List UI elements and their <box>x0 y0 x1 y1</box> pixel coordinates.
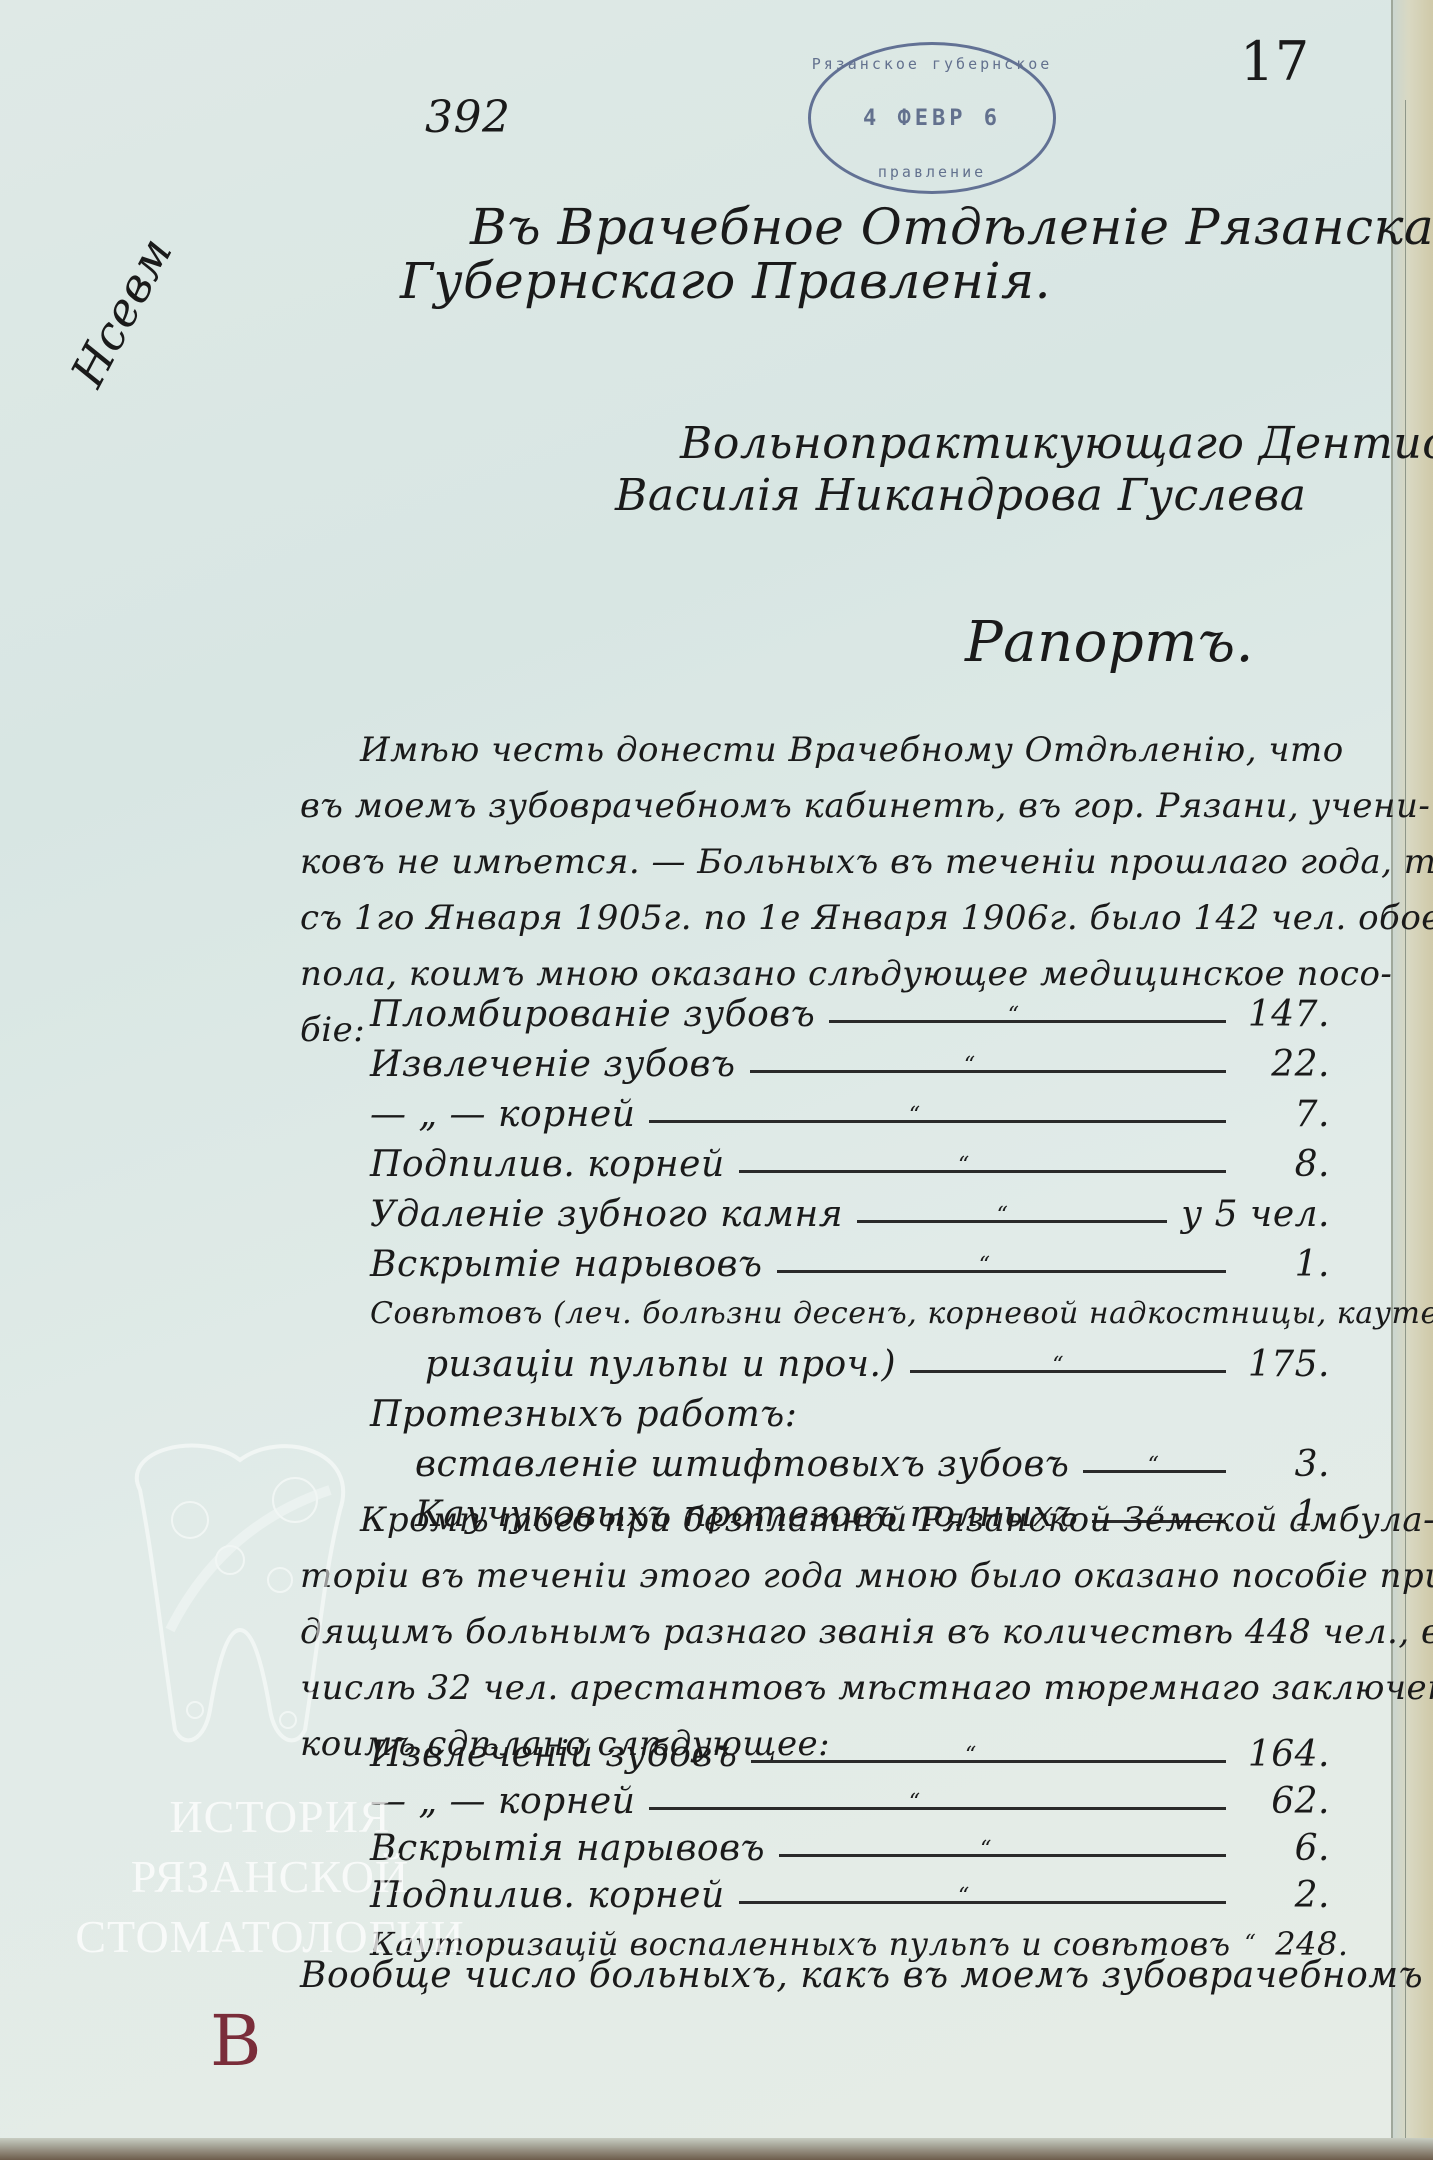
item-value: 164. <box>1240 1734 1330 1775</box>
list-item: Извлеченій зубовъ 164. <box>370 1725 1330 1775</box>
item-label: Извлеченій зубовъ <box>370 1734 737 1775</box>
addressee-line-1: Въ Врачебное Отдѣленіе Рязанскаго <box>470 198 1433 256</box>
office-stamp: Рязанское губернское 4 ФЕВР 6 правление <box>808 42 1056 194</box>
list-item: — „ — корней 62. <box>370 1772 1330 1822</box>
item-label: вставленіе штифтовыхъ зубовъ <box>415 1444 1069 1485</box>
bottom-strip <box>0 2138 1433 2160</box>
leader-line <box>910 1370 1226 1373</box>
item-value: 8. <box>1240 1144 1330 1185</box>
paragraph-line: Кромѣ того при безплатной Рязанской Земс… <box>300 1500 1380 1556</box>
leader-line <box>779 1854 1226 1857</box>
list-item: Подпилив. корней 8. <box>370 1135 1330 1185</box>
stamp-bottom-text: правление <box>878 163 986 181</box>
stamp-top-text: Рязанское губернское <box>812 55 1053 73</box>
item-label: Пломбированіе зубовъ <box>370 994 815 1035</box>
item-value: 6. <box>1240 1828 1330 1869</box>
paragraph-line: въ моемъ зубоврачебномъ кабинетѣ, въ гор… <box>300 786 1380 842</box>
list-item: Вскрытіе нарывовъ 1. <box>370 1235 1330 1285</box>
leader-line <box>1083 1470 1226 1473</box>
list-item: — „ — корней 7. <box>370 1085 1330 1135</box>
leader-line <box>751 1760 1226 1763</box>
item-label: Совѣтовъ (леч. болѣзни десенъ, корневой … <box>370 1296 1433 1331</box>
item-label: Удаленіе зубного камня <box>370 1194 843 1235</box>
paragraph-line: дящимъ больнымъ разнаго званія въ количе… <box>300 1612 1380 1668</box>
item-value: 1. <box>1240 1244 1330 1285</box>
list-item: Пломбированіе зубовъ 147. <box>370 985 1330 1035</box>
item-label: — „ — корней <box>370 1094 635 1135</box>
item-label: Вскрытіе нарывовъ <box>370 1244 763 1285</box>
leader-line <box>829 1020 1226 1023</box>
margin-note: Нсевм <box>60 228 183 395</box>
red-pencil-mark: В <box>210 2000 262 2082</box>
registration-number: 392 <box>425 92 510 143</box>
paragraph-line: ковъ не имѣется. — Больныхъ въ теченіи п… <box>300 842 1380 898</box>
item-value: 22. <box>1240 1044 1330 1085</box>
item-value: 7. <box>1240 1094 1330 1135</box>
list-item: Вскрытія нарывовъ 6. <box>370 1819 1330 1869</box>
list-item: Подпилив. корней 2. <box>370 1866 1330 1916</box>
leader-line <box>750 1070 1227 1073</box>
item-value: у 5 чел. <box>1181 1194 1330 1235</box>
leader-line <box>739 1901 1226 1904</box>
item-label: Вскрытія нарывовъ <box>370 1828 765 1869</box>
prosthetics-heading: Протезныхъ работъ: <box>370 1385 1330 1435</box>
list-item: Удаленіе зубного камня у 5 чел. <box>370 1185 1330 1235</box>
leader-line <box>739 1170 1226 1173</box>
leader-line <box>857 1220 1167 1223</box>
paragraph-line: Имѣю честь донести Врачебному Отдѣленію,… <box>300 730 1380 786</box>
item-label: ризаціи пульпы и проч.) <box>425 1344 896 1385</box>
document-title: Рапортъ. <box>965 610 1254 675</box>
item-value: 147. <box>1240 994 1330 1035</box>
leader-line <box>777 1270 1227 1273</box>
list-item: Извлеченіе зубовъ 22. <box>370 1035 1330 1085</box>
stamp-date: 4 ФЕВР 6 <box>863 106 1001 131</box>
item-value: 175. <box>1240 1344 1330 1385</box>
paragraph-line: торіи въ теченіи этого года мною было ок… <box>300 1556 1380 1612</box>
item-label: — „ — корней <box>370 1781 635 1822</box>
list-item: вставленіе штифтовыхъ зубовъ 3. <box>370 1435 1330 1485</box>
item-value: 3. <box>1240 1444 1330 1485</box>
item-label: Извлеченіе зубовъ <box>370 1044 736 1085</box>
sender-line-2: Василія Никандрова Гуслева <box>615 470 1307 521</box>
document-page: 17 392 Рязанское губернское 4 ФЕВР 6 пра… <box>0 0 1433 2160</box>
leader-line <box>649 1120 1226 1123</box>
list-item: ризаціи пульпы и проч.) 175. <box>370 1335 1330 1385</box>
item-value: 2. <box>1240 1875 1330 1916</box>
leader-line <box>649 1807 1226 1810</box>
closing-line: Вообще число больныхъ, какъ въ моемъ зуб… <box>300 1955 1433 1996</box>
paragraph-line: съ 1го Января 1905г. по 1е Января 1906г.… <box>300 898 1380 954</box>
addressee-line-2: Губернскаго Правленія. <box>400 252 1051 310</box>
page-number: 17 <box>1240 30 1310 93</box>
item-label: Подпилив. корней <box>370 1875 725 1916</box>
page-edge <box>1391 0 1433 2160</box>
item-value: 62. <box>1240 1781 1330 1822</box>
sender-line-1: Вольнопрактикующаго Дентиста <box>680 418 1433 469</box>
paragraph-line: числѣ 32 чел. арестантовъ мѣстнаго тюрем… <box>300 1668 1380 1724</box>
list-item: Совѣтовъ (леч. болѣзни десенъ, корневой … <box>370 1285 1330 1331</box>
item-label: Подпилив. корней <box>370 1144 725 1185</box>
